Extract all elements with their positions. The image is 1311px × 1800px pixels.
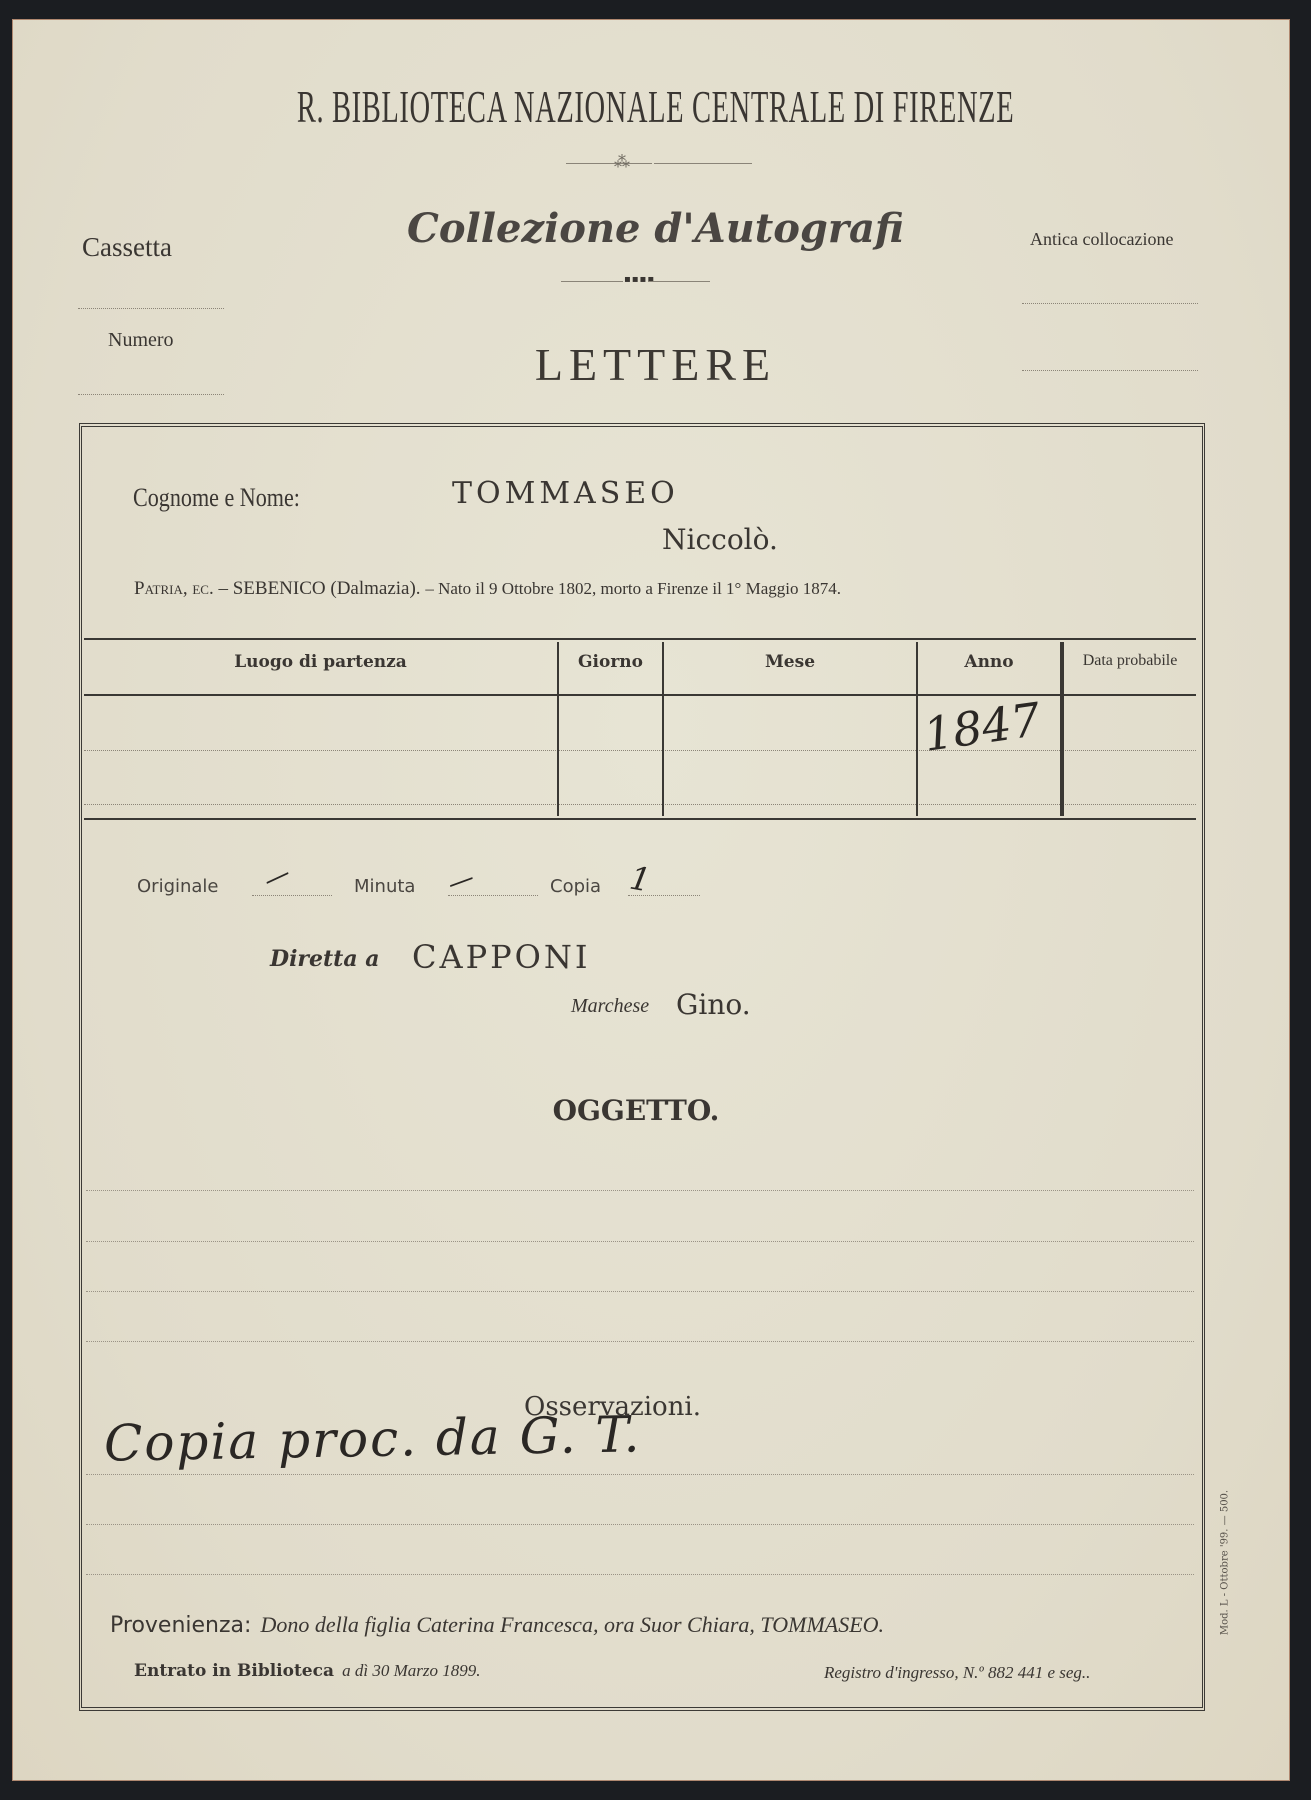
cell-mese[interactable]	[664, 696, 916, 816]
margin-note: Mod. L - Ottobre '99. — 500.	[1215, 1462, 1229, 1662]
cassetta-label: Cassetta	[82, 232, 172, 263]
numero-field[interactable]	[78, 394, 224, 395]
col-header-giorno: Giorno	[559, 652, 662, 672]
name-label: Cognome e Nome:	[133, 483, 329, 513]
copia-field	[628, 895, 700, 896]
osservazioni-line-1[interactable]	[86, 1474, 1194, 1475]
cell-data-probabile[interactable]	[1064, 696, 1196, 816]
oggetto-line-3[interactable]	[86, 1291, 1194, 1292]
library-title-text: R. BIBLIOTECA NAZIONALE CENTRALE DI FIRE…	[297, 80, 1014, 133]
divider-right	[648, 281, 710, 282]
provenienza-line: Provenienza: Dono della figlia Caterina …	[110, 1612, 884, 1638]
cassetta-field[interactable]	[78, 308, 224, 309]
registro-ingresso: Registro d'ingresso, N.º 882 441 e seg..	[824, 1663, 1090, 1683]
recipient-title: Marchese	[571, 995, 649, 1018]
provenienza-value: Dono della figlia Caterina Francesca, or…	[261, 1612, 885, 1637]
ornament-flourish-icon: ⁂	[614, 152, 630, 171]
originale-label: Originale	[137, 876, 219, 897]
oggetto-line-1[interactable]	[86, 1190, 1194, 1191]
originale-field	[252, 895, 332, 896]
cell-anno[interactable]: 1847	[899, 689, 1065, 765]
cell-giorno[interactable]	[559, 696, 662, 816]
osservazioni-line-3[interactable]	[86, 1574, 1194, 1575]
margin-note-text: Mod. L - Ottobre '99. — 500.	[1220, 1463, 1231, 1663]
diretta-label: Diretta a	[270, 946, 380, 972]
life-dates: – Nato il 9 Ottobre 1802, morto a Firenz…	[425, 579, 841, 598]
patria-label: Patria, ec.	[134, 578, 214, 599]
col-header-data-probabile: Data probabile	[1064, 652, 1196, 670]
cell-luogo[interactable]	[84, 696, 557, 816]
antica-collocazione-field-1[interactable]	[1022, 303, 1198, 304]
divider-left	[561, 281, 623, 282]
col-header-anno: Anno	[918, 652, 1060, 672]
recipient-given-name: Gino.	[676, 988, 751, 1021]
minuta-field	[448, 895, 538, 896]
date-table: Luogo di partenza Giorno Mese Anno Data …	[84, 638, 1196, 820]
table-top-rule	[84, 638, 1196, 640]
ornament-line-right	[654, 163, 752, 164]
osservazioni-note[interactable]: Copia proc. da G. T.	[104, 1405, 642, 1472]
library-title: R. BIBLIOTECA NAZIONALE CENTRALE DI FIRE…	[0, 80, 1311, 133]
osservazioni-line-2[interactable]	[86, 1524, 1194, 1525]
oggetto-line-2[interactable]	[86, 1241, 1194, 1242]
surname: TOMMASEO	[452, 476, 679, 511]
name-label-text: Cognome e Nome:	[133, 483, 300, 513]
patria-line: Patria, ec. – SEBENICO (Dalmazia). – Nat…	[134, 578, 841, 600]
ornament-line-left	[566, 163, 652, 164]
divider-dots: ▪▪▪▪	[624, 274, 655, 285]
entrata-value: a dì 30 Marzo 1899.	[342, 1661, 480, 1680]
copia-label: Copia	[550, 876, 601, 897]
antica-collocazione-label: Antica collocazione	[1030, 229, 1173, 250]
section-title: LETTERE	[0, 338, 1311, 391]
col-header-luogo: Luogo di partenza	[84, 652, 557, 672]
given-name: Niccolò.	[662, 523, 778, 556]
entrata-label: Entrato in Biblioteca	[134, 1661, 334, 1681]
oggetto-line-4[interactable]	[86, 1341, 1194, 1342]
table-bottom-rule	[84, 818, 1196, 820]
minuta-label: Minuta	[354, 876, 415, 897]
entrata-line: Entrato in Biblioteca a dì 30 Marzo 1899…	[134, 1661, 480, 1681]
provenienza-label: Provenienza:	[110, 1613, 251, 1638]
col-header-mese: Mese	[664, 652, 916, 672]
oggetto-label: OGGETTO.	[0, 1094, 1272, 1127]
card-frame	[79, 423, 1205, 1711]
recipient-surname: CAPPONI	[412, 938, 591, 976]
patria-value: – SEBENICO (Dalmazia).	[218, 578, 420, 599]
